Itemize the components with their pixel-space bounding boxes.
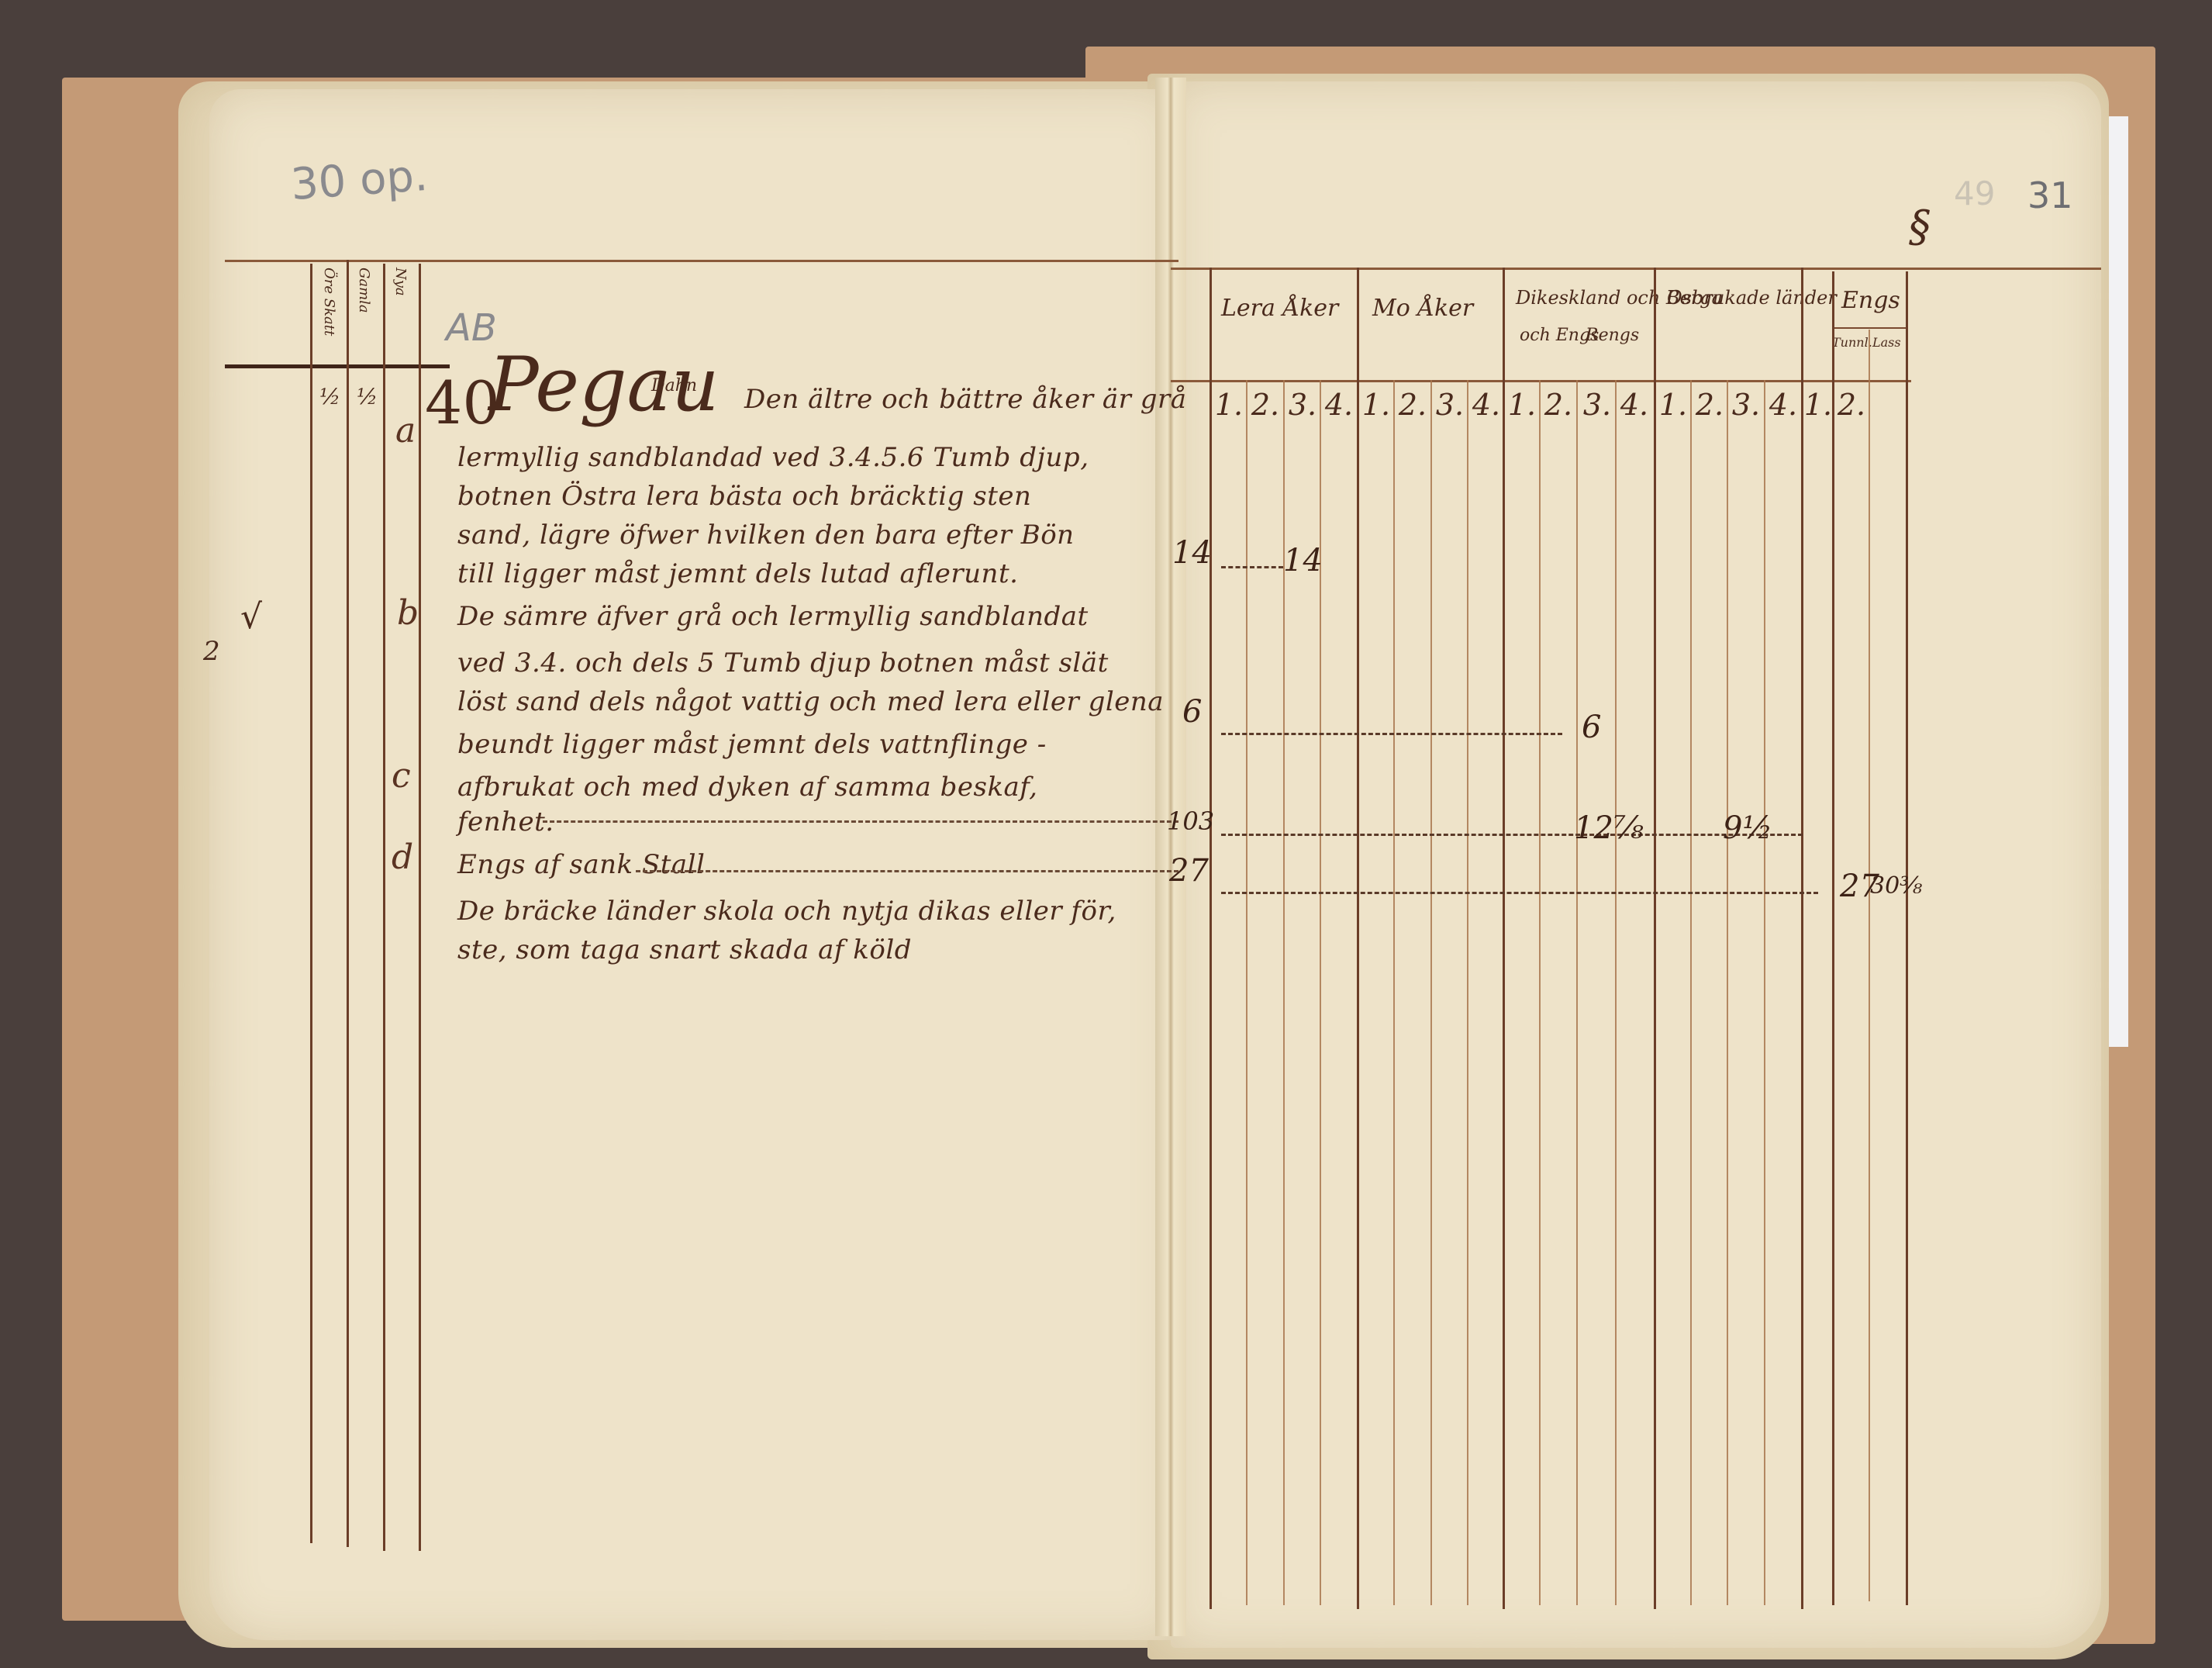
subcol-number: 2. — [1694, 388, 1725, 422]
cell-value: 6 — [1582, 710, 1601, 745]
text-line: botnen Östra lera bästa och bräcktig ste… — [457, 477, 1031, 516]
subcol-number: 4. — [1619, 388, 1650, 422]
subcol-number: 1. — [1506, 388, 1537, 422]
subcol-line — [1430, 380, 1432, 1605]
row-leader-b — [1221, 733, 1562, 735]
cell-value: 12⅞ — [1574, 810, 1644, 846]
row-total-c: 103 — [1167, 806, 1214, 836]
margin-value-1: ½ — [319, 384, 340, 409]
dotted-leader — [636, 870, 1178, 872]
subcol-number: 4. — [1323, 388, 1354, 422]
subcol-number: 2. — [1397, 388, 1428, 422]
margin-header-nya: Nya — [392, 268, 409, 296]
dotted-leader — [543, 820, 1178, 823]
subcol-line — [1727, 380, 1728, 1605]
row-leader-c — [1221, 834, 1803, 836]
text-line: Den ältre och bättre åker är grå — [744, 380, 1187, 419]
pencil-folio-left: 30 op. — [289, 150, 430, 210]
col-line — [1210, 268, 1212, 1609]
subcol-number: 2. — [1836, 388, 1867, 422]
pencil-folio-right: 31 — [2027, 174, 2073, 216]
text-line: De bräcke länder skola och nytja dikas e… — [457, 892, 1116, 931]
subcol-line — [1764, 380, 1765, 1605]
row-total-d: 27 — [1169, 853, 1209, 889]
col-subheader-lass: Lass — [1872, 335, 1901, 350]
text-line: afbrukat och med dyken af samma beskaf, — [457, 768, 1038, 806]
subcol-number: 3. — [1287, 388, 1318, 422]
row-marker-a: a — [395, 411, 416, 451]
margin-header-gamla: Gamla — [356, 268, 372, 313]
subcol-number: 3. — [1434, 388, 1465, 422]
subcol-number: 1. — [1213, 388, 1244, 422]
row-marker-d: d — [392, 837, 413, 877]
text-line: fenhet. — [457, 803, 554, 841]
cell-value: 14 — [1283, 543, 1323, 578]
left-header-rule — [225, 260, 1178, 262]
text-line: Engs af sank Stall — [457, 845, 705, 884]
margin-checkmark: √ — [240, 597, 262, 637]
row-total-b: 6 — [1182, 694, 1202, 730]
row-marker-c: c — [392, 756, 411, 796]
col-line — [1801, 268, 1803, 1609]
subcol-number: 1. — [1361, 388, 1392, 422]
cell-value: 30⅜ — [1870, 872, 1922, 900]
ink-mark: § — [1909, 202, 1931, 252]
subcol-line — [1467, 380, 1468, 1605]
margin-col-line-1 — [310, 264, 312, 1543]
text-line: ved 3.4. och dels 5 Tumb djup botnen mås… — [457, 644, 1109, 682]
row-leader-d — [1221, 892, 1818, 894]
text-line: sand, lägre öfwer hvilken den bara efter… — [457, 516, 1075, 554]
col-line — [1869, 330, 1870, 1601]
subcol-number: 3. — [1582, 388, 1613, 422]
col-subheader-rengs: Rengs — [1586, 326, 1639, 345]
margin-col-line-3 — [383, 264, 385, 1551]
subcol-number: 4. — [1471, 388, 1502, 422]
subcol-line — [1615, 380, 1617, 1605]
row-leader-a — [1221, 566, 1283, 568]
col-header-osbrukade: Osbrukade länder — [1667, 287, 1837, 309]
subcol-number: 4. — [1768, 388, 1799, 422]
margin-header-ore-skatt: Öre Skatt — [321, 268, 337, 336]
subcol-line — [1539, 380, 1541, 1605]
engs-subheader-rule — [1832, 327, 1906, 329]
col-subheader-tunnl: Tunnl. — [1832, 335, 1872, 350]
subcol-line — [1246, 380, 1247, 1605]
row-marker-b: b — [397, 593, 419, 633]
col-line — [1832, 271, 1834, 1605]
margin-col-line-2 — [347, 260, 349, 1547]
text-line: till ligger måst jemnt dels lutad afleru… — [457, 554, 1018, 593]
cell-value: 9½ — [1723, 810, 1772, 846]
text-line: beundt ligger måst jemnt dels vattnfling… — [457, 725, 1047, 764]
text-line: De sämre äfver grå och lermyllig sandbla… — [457, 597, 1089, 636]
right-header-bottom-rule — [1171, 380, 1911, 382]
subcol-line — [1576, 380, 1578, 1605]
subcol-number: 1. — [1658, 388, 1689, 422]
entry-sub-label: Dahn — [651, 376, 697, 395]
right-header-top-rule — [1171, 268, 2101, 270]
margin-tick-2: 2 — [203, 636, 220, 667]
margin-col-line-4 — [419, 264, 421, 1551]
col-header-lera-aker: Lera Åker — [1221, 295, 1338, 322]
subcol-number: 2. — [1543, 388, 1574, 422]
subcol-line — [1393, 380, 1395, 1605]
col-line — [1906, 271, 1908, 1605]
col-header-engs: Engs — [1841, 287, 1900, 314]
col-header-mo-aker: Mo Åker — [1372, 295, 1473, 322]
col-line — [1654, 268, 1656, 1609]
text-line: lermyllig sandblandad ved 3.4.5.6 Tumb d… — [457, 438, 1089, 477]
subcol-number: 3. — [1731, 388, 1762, 422]
text-line: löst sand dels något vattig och med lera… — [457, 682, 1164, 721]
subcol-number: 2. — [1250, 388, 1281, 422]
subcol-number: 1. — [1803, 388, 1834, 422]
text-line: ste, som taga snart skada af köld — [457, 931, 912, 969]
row-total-a: 14 — [1172, 535, 1212, 571]
col-line — [1503, 268, 1505, 1609]
subcol-line — [1690, 380, 1692, 1605]
col-line — [1357, 268, 1359, 1609]
entry-separator-rule — [225, 364, 450, 368]
pencil-folio-faint: 49 — [1954, 174, 1995, 212]
margin-value-2: ½ — [357, 384, 378, 409]
